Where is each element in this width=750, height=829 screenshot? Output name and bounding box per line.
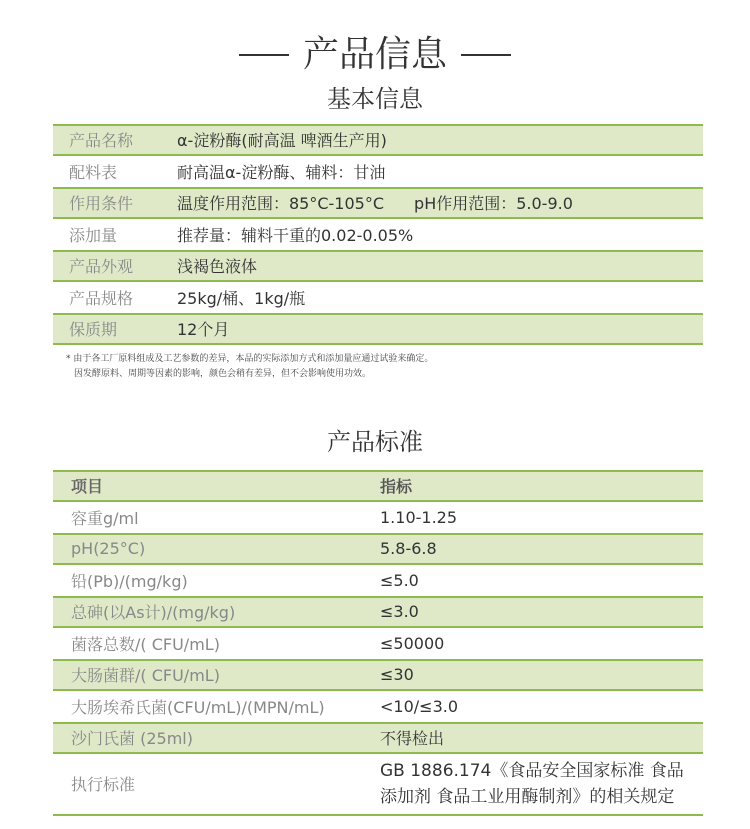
item-cell: 大肠菌群/( CFU/mL)	[53, 663, 380, 686]
table-row: 产品规格 25kg/桶、1kg/瓶	[53, 282, 703, 314]
spec-cell: 1.10-1.25	[380, 508, 703, 527]
table-row: 配料表 耐高温α-淀粉酶、辅料：甘油	[53, 156, 703, 188]
row-label: 产品名称	[53, 128, 177, 151]
column-header-item: 项目	[53, 474, 380, 497]
spec-cell: ≤3.0	[380, 602, 703, 621]
footnote-line: * 由于各工厂原料组成及工艺参数的差异，本品的实际添加方式和添加量应通过试验来确…	[66, 352, 433, 367]
table-row: 容重g/ml 1.10-1.25	[53, 502, 703, 534]
row-value: 浅褐色液体	[177, 254, 703, 277]
spec-line: 添加剂 食品工业用酶制剂》的相关规定	[380, 784, 703, 810]
row-value: α-淀粉酶(耐高温 啤酒生产用)	[177, 128, 703, 151]
item-cell: 总砷(以As计)/(mg/kg)	[53, 600, 380, 623]
page-title: 产品信息	[0, 30, 750, 80]
row-value: 12个月	[177, 317, 703, 340]
spec-cell: ≤5.0	[380, 571, 703, 590]
standards-table: 项目 指标 容重g/ml 1.10-1.25 pH(25°C) 5.8-6.8 …	[53, 470, 703, 816]
table-row: 添加量 推荐量：辅料干重的0.02-0.05%	[53, 219, 703, 251]
table-row: pH(25°C) 5.8-6.8	[53, 533, 703, 565]
table-row: 保质期 12个月	[53, 313, 703, 345]
basic-info-table: 产品名称 α-淀粉酶(耐高温 啤酒生产用) 配料表 耐高温α-淀粉酶、辅料：甘油…	[53, 124, 703, 345]
row-label: 配料表	[53, 160, 177, 183]
row-label: 添加量	[53, 223, 177, 246]
row-value: 推荐量：辅料干重的0.02-0.05%	[177, 223, 703, 246]
table-row: 沙门氏菌 (25ml) 不得检出	[53, 722, 703, 754]
footnote-line: 因发酵原料、周期等因素的影响，颜色会稍有差异，但不会影响使用功效。	[66, 367, 433, 382]
table-header-row: 项目 指标	[53, 470, 703, 502]
table-row: 铅(Pb)/(mg/kg) ≤5.0	[53, 565, 703, 597]
item-cell: pH(25°C)	[53, 539, 380, 558]
column-header-spec: 指标	[380, 474, 703, 497]
title-dash-left	[239, 54, 289, 56]
spec-cell: ≤30	[380, 665, 703, 684]
item-cell: 执行标准	[53, 772, 380, 795]
spec-line: GB 1886.174《食品安全国家标准 食品	[380, 758, 703, 784]
table-row: 产品名称 α-淀粉酶(耐高温 啤酒生产用)	[53, 124, 703, 156]
spec-cell: 5.8-6.8	[380, 539, 703, 558]
standards-title: 产品标准	[0, 424, 750, 460]
item-cell: 大肠埃希氏菌(CFU/mL)/(MPN/mL)	[53, 695, 380, 718]
spec-cell: GB 1886.174《食品安全国家标准 食品 添加剂 食品工业用酶制剂》的相关…	[380, 758, 703, 810]
row-label: 保质期	[53, 317, 177, 340]
row-label: 作用条件	[53, 191, 177, 214]
spec-cell: <10/≤3.0	[380, 697, 703, 716]
table-row: 菌落总数/( CFU/mL) ≤50000	[53, 628, 703, 660]
row-value: 25kg/桶、1kg/瓶	[177, 286, 703, 309]
temperature-range: 温度作用范围：85°C-105°C	[177, 194, 384, 213]
title-dash-right	[461, 54, 511, 56]
item-cell: 铅(Pb)/(mg/kg)	[53, 569, 380, 592]
spec-cell: 不得检出	[380, 726, 703, 749]
table-row: 作用条件 温度作用范围：85°C-105°CpH作用范围：5.0-9.0	[53, 187, 703, 219]
table-row: 执行标准 GB 1886.174《食品安全国家标准 食品 添加剂 食品工业用酶制…	[53, 754, 703, 816]
spec-cell: ≤50000	[380, 634, 703, 653]
table-row: 大肠菌群/( CFU/mL) ≤30	[53, 659, 703, 691]
ph-range: pH作用范围：5.0-9.0	[414, 194, 573, 213]
row-value: 耐高温α-淀粉酶、辅料：甘油	[177, 160, 703, 183]
table-row: 产品外观 浅褐色液体	[53, 250, 703, 282]
row-label: 产品规格	[53, 286, 177, 309]
table-row: 总砷(以As计)/(mg/kg) ≤3.0	[53, 596, 703, 628]
row-value: 温度作用范围：85°C-105°CpH作用范围：5.0-9.0	[177, 191, 703, 214]
row-label: 产品外观	[53, 254, 177, 277]
item-cell: 容重g/ml	[53, 506, 380, 529]
basic-info-title: 基本信息	[0, 82, 750, 116]
item-cell: 沙门氏菌 (25ml)	[53, 726, 380, 749]
table-row: 大肠埃希氏菌(CFU/mL)/(MPN/mL) <10/≤3.0	[53, 691, 703, 723]
item-cell: 菌落总数/( CFU/mL)	[53, 632, 380, 655]
footnote: * 由于各工厂原料组成及工艺参数的差异，本品的实际添加方式和添加量应通过试验来确…	[66, 352, 433, 382]
page-title-text: 产品信息	[303, 30, 447, 80]
